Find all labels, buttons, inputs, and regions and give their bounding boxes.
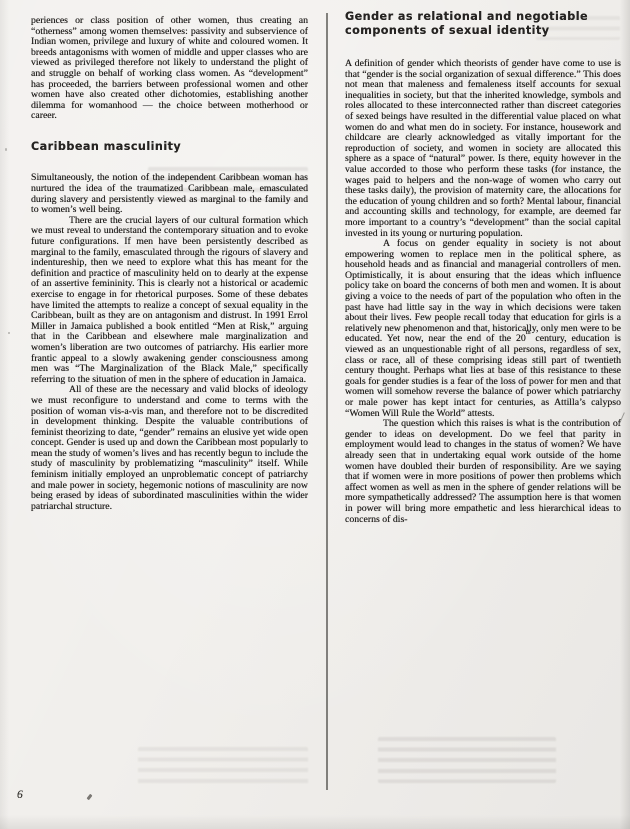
paragraph: periences or class position of other wom… <box>31 16 308 122</box>
section-heading-gender-relational: Gender as relational and negotiable comp… <box>345 10 621 37</box>
paragraph: A definition of gender which theorists o… <box>345 59 621 239</box>
section-heading-caribbean-masculinity: Caribbean masculinity <box>31 140 308 154</box>
left-column-body-text: Simultaneously, the notion of the indepe… <box>31 173 308 512</box>
paragraph: Simultaneously, the notion of the indepe… <box>31 173 308 215</box>
scanned-book-page: periences or class position of other wom… <box>0 0 630 829</box>
paragraph: All of these are the necessary and valid… <box>31 385 308 512</box>
left-column: periences or class position of other wom… <box>31 16 308 512</box>
bleed-through-ghost <box>378 737 556 783</box>
section-heading-line-2: components of sexual identity <box>345 24 621 38</box>
scan-edge-shadow-right <box>620 0 630 829</box>
page-number: 6 <box>17 789 23 801</box>
scan-edge-shadow-left <box>0 0 9 829</box>
paragraph: The question which this raises is what i… <box>345 419 621 525</box>
scan-edge-shadow-bottom <box>0 815 630 829</box>
right-column-body-text: A definition of gender which theorists o… <box>345 59 621 525</box>
paragraph: There are the crucial layers of our cult… <box>31 216 308 386</box>
paragraph: A focus on gender equality in society is… <box>345 239 621 419</box>
column-divider-rule <box>326 13 328 790</box>
section-heading-line-1: Gender as relational and negotiable <box>345 10 621 24</box>
ink-speck <box>86 794 92 801</box>
left-column-continuation-text: periences or class position of other wom… <box>31 16 308 122</box>
bleed-through-ghost <box>138 747 308 789</box>
right-column: Gender as relational and negotiable comp… <box>345 10 621 525</box>
